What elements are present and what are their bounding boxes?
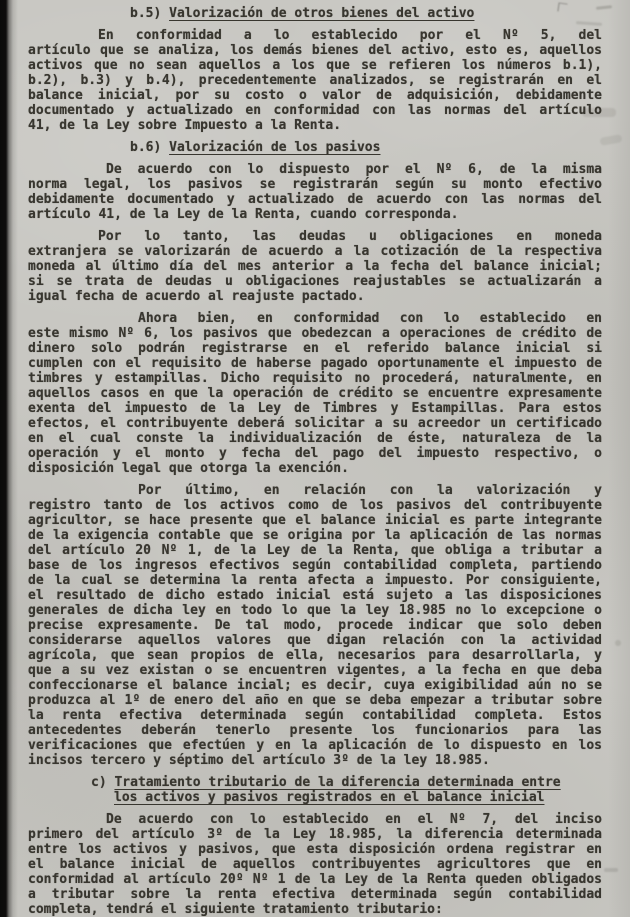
text-line: exenta del impuesto de la Ley de Timbres… xyxy=(28,401,602,416)
text-line: operación y el monto y fecha del pago de… xyxy=(28,446,602,461)
section-heading: b.6) Valorización de los pasivos xyxy=(28,140,602,155)
heading-line: b.5) Valorización de otros bienes del ac… xyxy=(28,6,602,21)
text-line: en el cual conste la individualización d… xyxy=(28,431,602,446)
text-line: verificaciones que efectúen y en la apli… xyxy=(28,738,602,753)
heading-prefix: b.6) xyxy=(130,140,169,155)
text-line: base de los ingresos efectivos según con… xyxy=(28,558,602,573)
text-line: En conformidad a lo establecido por el N… xyxy=(28,28,602,43)
text-line: artículo 41, de la Ley de la Renta, cuan… xyxy=(28,207,602,222)
text-line: activos que no sean aquellos a los que s… xyxy=(28,58,602,73)
text-line: moneda al último día del mes anterior a … xyxy=(28,259,602,274)
heading-underlined-text: Tratamiento tributario de la diferencia … xyxy=(114,775,560,790)
text-line: el resultado de dicho estado inicial est… xyxy=(28,588,602,603)
text-line: dinero solo podrán registrarse en el ref… xyxy=(28,341,602,356)
text-line: artículo que se analiza, los demás biene… xyxy=(28,43,602,58)
text-line: completa, tendrá el siguiente tratamient… xyxy=(28,902,602,917)
text-line: entre los activos y pasivos, que esta di… xyxy=(28,842,602,857)
text-line: agricultor, se hace presente que el bala… xyxy=(28,513,602,528)
paragraph: En conformidad a lo establecido por el N… xyxy=(28,28,602,133)
section-heading: b.5) Valorización de otros bienes del ac… xyxy=(28,6,602,21)
text-line: debidamente documentado y actualizado de… xyxy=(28,192,602,207)
text-line: este mismo Nº 6, los pasivos que obedezc… xyxy=(28,326,602,341)
text-line: timbres y estampillas. Dicho requisito n… xyxy=(28,371,602,386)
scan-smudge xyxy=(615,640,621,646)
text-line: extranjera se valorizarán de acuerdo a l… xyxy=(28,244,602,259)
text-line: primero del artículo 3º de la Ley 18.985… xyxy=(28,827,602,842)
text-line: Por lo tanto, las deudas u obligaciones … xyxy=(28,229,602,244)
text-line: norma legal, los pasivos se registrarán … xyxy=(28,177,602,192)
paragraph: Por lo tanto, las deudas u obligaciones … xyxy=(28,229,602,304)
text-line: si se trata de deudas u obligaciones rea… xyxy=(28,274,602,289)
text-line: a tributar sobre la renta efectiva deter… xyxy=(28,887,602,902)
heading-prefix: b.5) xyxy=(130,6,169,21)
text-line: balance inicial, por su costo o valor de… xyxy=(28,88,602,103)
heading-underlined-text: Valorización de los pasivos xyxy=(169,140,380,155)
heading-line: c) Tratamiento tributario de la diferenc… xyxy=(28,775,602,790)
text-line: conformidad al artículo 20º Nº 1 de la L… xyxy=(28,872,602,887)
text-line: precise expresamente. De tal modo, proce… xyxy=(28,618,602,633)
paragraph: De acuerdo con lo dispuesto por el Nº 6,… xyxy=(28,162,602,222)
text-line: documentado y actualizado en conformidad… xyxy=(28,103,602,118)
text-line: la renta efectiva determinada según cont… xyxy=(28,708,602,723)
text-line: agrícola, que sean propios de ella, nece… xyxy=(28,648,602,663)
text-line: Por último, en relación con la valorizac… xyxy=(28,483,602,498)
text-line: De acuerdo con lo dispuesto por el Nº 6,… xyxy=(28,162,602,177)
text-line: disposición legal que otorga la exención… xyxy=(28,461,602,476)
text-line: efectos, el contribuyente deberá solicit… xyxy=(28,416,602,431)
text-line: que a su vez existan o se encuentren vig… xyxy=(28,663,602,678)
heading-line: b.6) Valorización de los pasivos xyxy=(28,140,602,155)
text-line: el balance inicial de aquellos contribuy… xyxy=(28,857,602,872)
paragraph: De acuerdo con lo establecido en el Nº 7… xyxy=(28,812,602,917)
scan-smudge xyxy=(599,134,622,146)
text-line: produzca al 1º de enero del año en que s… xyxy=(28,693,602,708)
text-line: De acuerdo con lo establecido en el Nº 7… xyxy=(28,812,602,827)
text-line: cumplen con el requisito de haberse paga… xyxy=(28,356,602,371)
text-line: del artículo 20 Nº 1, de la Ley de la Re… xyxy=(28,543,602,558)
heading-underlined-text: los activos y pasivos registrados en el … xyxy=(114,790,544,805)
section-heading: c) Tratamiento tributario de la diferenc… xyxy=(28,775,602,805)
text-line: generales de dicha ley en todo lo que la… xyxy=(28,603,602,618)
scanned-document-page: b.5) Valorización de otros bienes del ac… xyxy=(0,0,630,917)
text-line: igual fecha de acuerdo al reajuste pacta… xyxy=(28,289,602,304)
text-line: Ahora bien, en conformidad con lo establ… xyxy=(28,311,602,326)
text-line: considerarse aquellos valores que digan … xyxy=(28,633,602,648)
paragraph: Por último, en relación con la valorizac… xyxy=(28,483,602,768)
text-line: 41, de la Ley sobre Impuesto a la Renta. xyxy=(28,118,602,133)
text-line: confeccionarse el balance incial; es dec… xyxy=(28,678,602,693)
scan-smudge xyxy=(604,868,618,872)
heading-prefix: c) xyxy=(91,775,114,790)
text-line: antecedentes deberán tenerlo presente lo… xyxy=(28,723,602,738)
text-line: aquellos casos en que la operación de cr… xyxy=(28,386,602,401)
text-line: de la exigencia contable que se origina … xyxy=(28,528,602,543)
text-line: de la cual se determina la renta afecta … xyxy=(28,573,602,588)
heading-line: los activos y pasivos registrados en el … xyxy=(28,790,602,805)
text-line: b.2), b.3) y b.4), precedentemente anali… xyxy=(28,73,602,88)
paragraph: Ahora bien, en conformidad con lo establ… xyxy=(28,311,602,476)
text-line: incisos tercero y séptimo del artículo 3… xyxy=(28,753,602,768)
document: b.5) Valorización de otros bienes del ac… xyxy=(28,6,602,917)
heading-underlined-text: Valorización de otros bienes del activo xyxy=(169,6,474,21)
text-line: registro tanto de los activos como de lo… xyxy=(28,498,602,513)
scan-edge-shadow xyxy=(0,0,18,917)
